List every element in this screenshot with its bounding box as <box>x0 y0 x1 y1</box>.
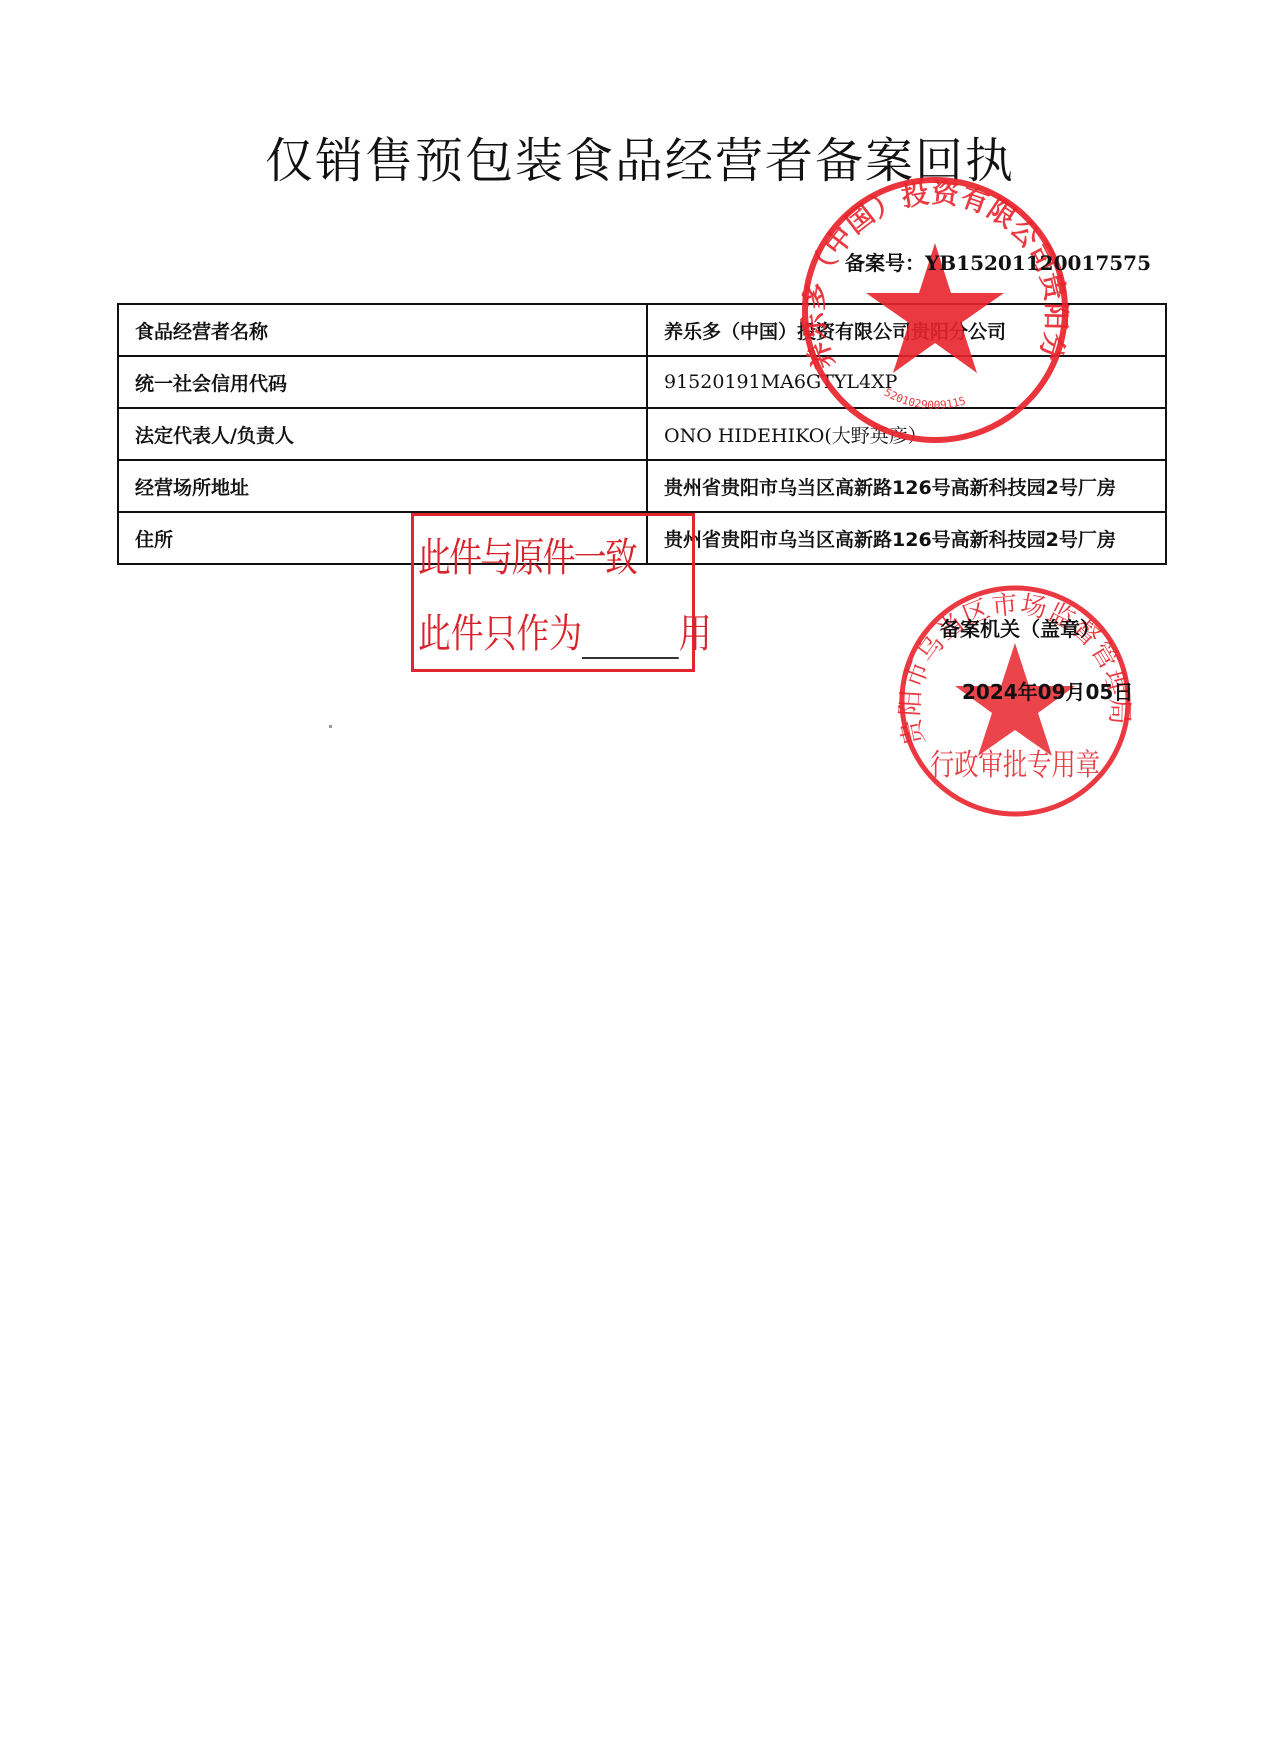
document-title: 仅销售预包装食品经营者备案回执 <box>0 122 1280 191</box>
row-label: 食品经营者名称 <box>118 304 647 356</box>
scan-speck <box>329 725 332 728</box>
company-seal-code: 5201029009115 <box>882 386 968 412</box>
filing-number-label: 备案号： <box>845 251 925 275</box>
filing-authority-label: 备案机关（盖章） <box>940 613 1100 642</box>
table-row: 经营场所地址 贵州省贵阳市乌当区高新路126号高新科技园2号厂房 <box>118 460 1166 512</box>
svg-text:5201029009115: 5201029009115 <box>882 386 968 412</box>
filing-date: 2024年09月05日 <box>962 676 1133 705</box>
row-label: 法定代表人/负责人 <box>118 408 647 460</box>
filing-number: 备案号：YB15201120017575 <box>845 247 1151 276</box>
row-label: 统一社会信用代码 <box>118 356 647 408</box>
authority-seal-bottom-text: 行政审批专用章 <box>930 748 1100 783</box>
copy-stamp-line2: 此件只作为用 <box>418 602 712 659</box>
filing-number-value: YB15201120017575 <box>925 251 1151 275</box>
copy-stamp-suffix: 用 <box>679 611 712 657</box>
purpose-blank <box>582 617 679 659</box>
copy-stamp-line1: 此件与原件一致 <box>418 526 636 583</box>
row-value: 贵州省贵阳市乌当区高新路126号高新科技园2号厂房 <box>647 460 1166 512</box>
company-seal: 养乐多（中国）投资有限公司贵阳分公司 5201029009115 <box>800 175 1070 445</box>
copy-stamp-prefix: 此件只作为 <box>418 611 582 657</box>
row-value: 贵州省贵阳市乌当区高新路126号高新科技园2号厂房 <box>647 512 1166 564</box>
row-label: 经营场所地址 <box>118 460 647 512</box>
copy-verification-stamp: 此件与原件一致 此件只作为用 <box>411 513 695 672</box>
